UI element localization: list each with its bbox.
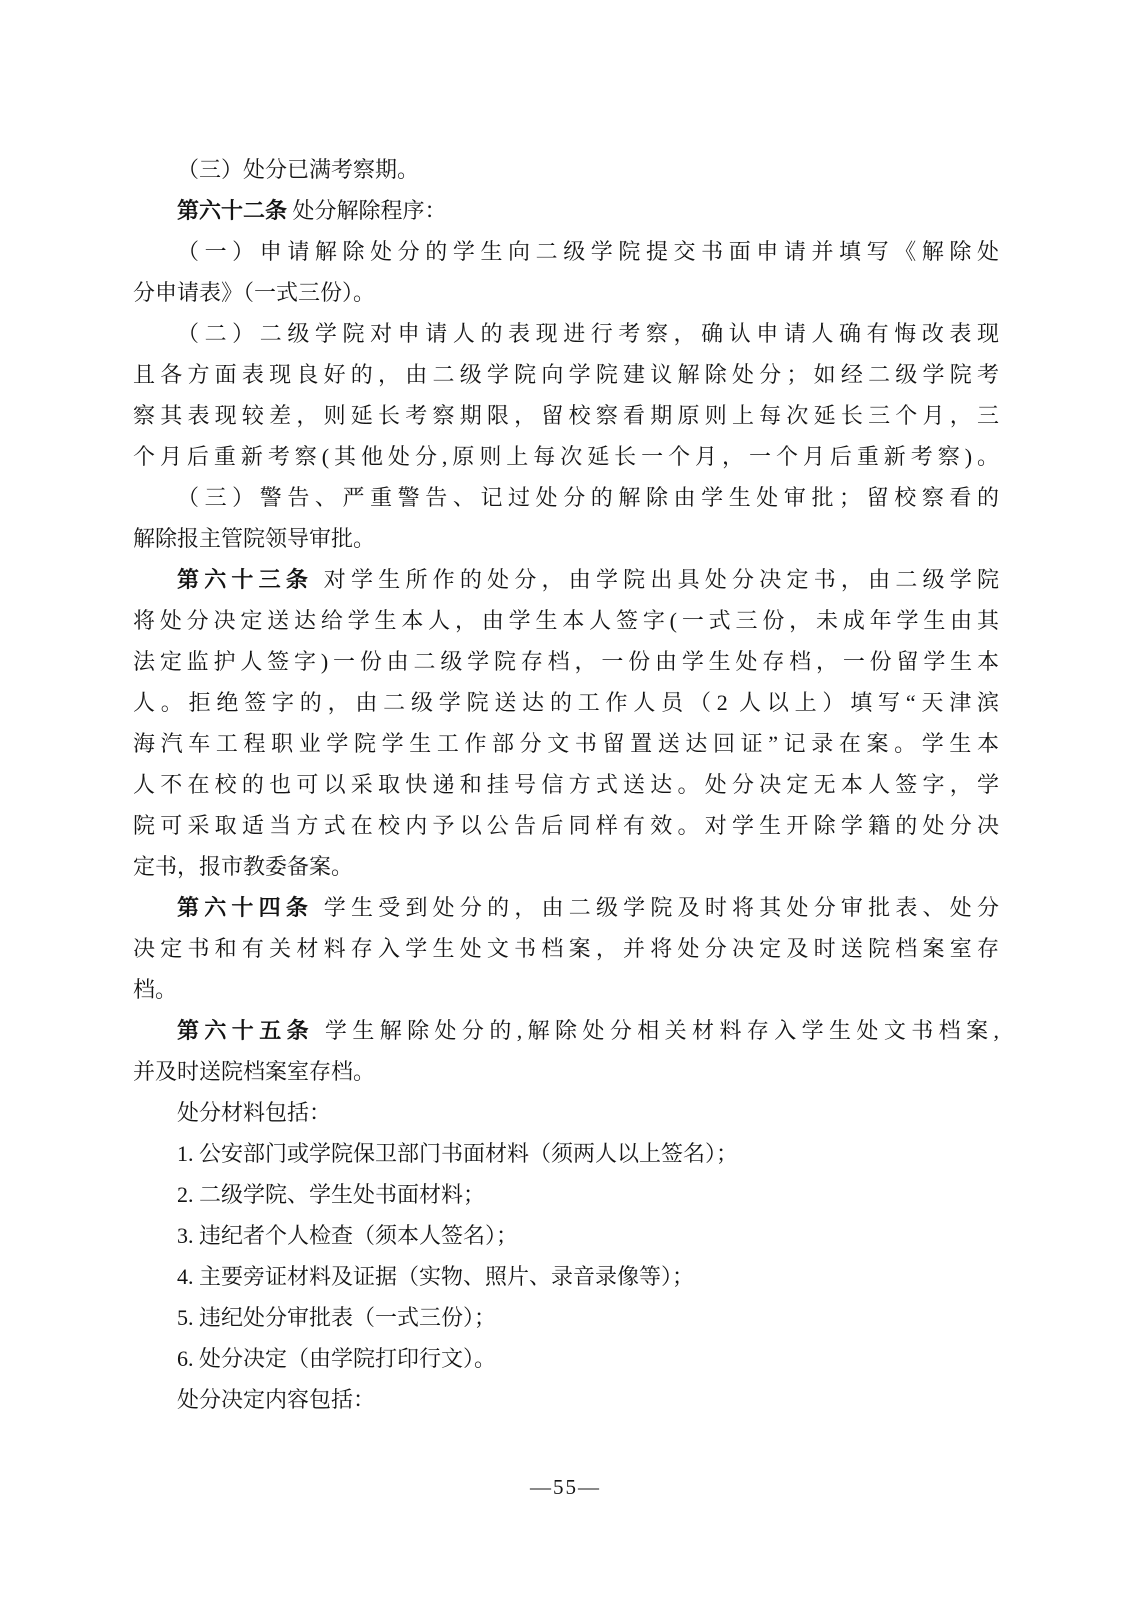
text-line: （三）处分已满考察期。	[133, 149, 999, 190]
text-run: 学生解除处分的,解除处分相关材料存入学生处文书档案,	[314, 1018, 999, 1043]
text-line: 第六十三条 对学生所作的处分，由学院出具处分决定书，由二级学院	[133, 559, 999, 600]
text-run: 6. 处分决定（由学院打印行文）。	[177, 1346, 496, 1371]
text-line: 6. 处分决定（由学院打印行文）。	[133, 1338, 999, 1379]
article-heading: 第六十五条	[177, 1018, 314, 1043]
document-page: （三）处分已满考察期。第六十二条 处分解除程序：（一）申请解除处分的学生向二级学…	[0, 0, 1131, 1600]
text-line: 3. 违纪者个人检查（须本人签名）；	[133, 1215, 999, 1256]
text-run: 档。	[133, 977, 177, 1002]
text-line: 察其表现较差，则延长考察期限，留校察看期原则上每次延长三个月，三	[133, 395, 999, 436]
text-run: （一）申请解除处分的学生向二级学院提交书面申请并填写《解除处	[177, 239, 999, 264]
article-heading: 第六十三条	[177, 567, 313, 592]
text-line: 第六十四条 学生受到处分的，由二级学院及时将其处分审批表、处分	[133, 887, 999, 928]
article-heading: 第六十二条	[177, 198, 287, 223]
text-run: 解除报主管院领导审批。	[133, 526, 375, 551]
text-line: 5. 违纪处分审批表（一式三份）；	[133, 1297, 999, 1338]
text-line: 解除报主管院领导审批。	[133, 518, 999, 559]
text-line: 2. 二级学院、学生处书面材料；	[133, 1174, 999, 1215]
text-run: 海汽车工程职业学院学生工作部分文书留置送达回证”记录在案。学生本	[133, 731, 999, 756]
text-line: 定书，报市教委备案。	[133, 846, 999, 887]
text-block: （三）处分已满考察期。第六十二条 处分解除程序：（一）申请解除处分的学生向二级学…	[133, 149, 999, 1420]
text-line: （一）申请解除处分的学生向二级学院提交书面申请并填写《解除处	[133, 231, 999, 272]
text-line: 处分决定内容包括：	[133, 1379, 999, 1420]
text-run: 对学生所作的处分，由学院出具处分决定书，由二级学院	[313, 567, 999, 592]
text-line: 且各方面表现良好的，由二级学院向学院建议解除处分；如经二级学院考	[133, 354, 999, 395]
text-run: 定书，报市教委备案。	[133, 854, 353, 879]
text-run: 决定书和有关材料存入学生处文书档案，并将处分决定及时送院档案室存	[133, 936, 999, 961]
text-run: 人不在校的也可以采取快递和挂号信方式送达。处分决定无本人签字，学	[133, 772, 999, 797]
text-run: 4. 主要旁证材料及证据（实物、照片、录音录像等）；	[177, 1264, 694, 1289]
text-run: （三）处分已满考察期。	[177, 157, 419, 182]
text-line: 将处分决定送达给学生本人，由学生本人签字(一式三份，未成年学生由其	[133, 600, 999, 641]
text-line: 法定监护人签字)一份由二级学院存档，一份由学生处存档，一份留学生本	[133, 641, 999, 682]
text-line: 人。拒绝签字的，由二级学院送达的工作人员（2 人以上）填写“天津滨	[133, 682, 999, 723]
text-run: 院可采取适当方式在校内予以公告后同样有效。对学生开除学籍的处分决	[133, 813, 999, 838]
text-run: 法定监护人签字)一份由二级学院存档，一份由学生处存档，一份留学生本	[133, 649, 999, 674]
text-line: （三）警告、严重警告、记过处分的解除由学生处审批；留校察看的	[133, 477, 999, 518]
text-line: 个月后重新考察(其他处分,原则上每次延长一个月，一个月后重新考察)。	[133, 436, 999, 477]
text-run: 并及时送院档案室存档。	[133, 1059, 375, 1084]
article-heading: 第六十四条	[177, 895, 313, 920]
text-run: 学生受到处分的，由二级学院及时将其处分审批表、处分	[313, 895, 999, 920]
text-run: 将处分决定送达给学生本人，由学生本人签字(一式三份，未成年学生由其	[133, 608, 999, 633]
text-run: 分申请表》（一式三份）。	[133, 280, 375, 305]
text-run: 1. 公安部门或学院保卫部门书面材料（须两人以上签名）；	[177, 1141, 738, 1166]
text-run: 2. 二级学院、学生处书面材料；	[177, 1182, 485, 1207]
text-line: 院可采取适当方式在校内予以公告后同样有效。对学生开除学籍的处分决	[133, 805, 999, 846]
text-run: 5. 违纪处分审批表（一式三份）；	[177, 1305, 496, 1330]
text-run: 察其表现较差，则延长考察期限，留校察看期原则上每次延长三个月，三	[133, 403, 999, 428]
text-line: 第六十二条 处分解除程序：	[133, 190, 999, 231]
text-line: 4. 主要旁证材料及证据（实物、照片、录音录像等）；	[133, 1256, 999, 1297]
text-run: 人。拒绝签字的，由二级学院送达的工作人员（2 人以上）填写“天津滨	[133, 690, 999, 715]
text-line: 决定书和有关材料存入学生处文书档案，并将处分决定及时送院档案室存	[133, 928, 999, 969]
text-line: （二）二级学院对申请人的表现进行考察，确认申请人确有悔改表现	[133, 313, 999, 354]
text-line: 海汽车工程职业学院学生工作部分文书留置送达回证”记录在案。学生本	[133, 723, 999, 764]
text-run: （三）警告、严重警告、记过处分的解除由学生处审批；留校察看的	[177, 485, 999, 510]
text-line: 1. 公安部门或学院保卫部门书面材料（须两人以上签名）；	[133, 1133, 999, 1174]
text-run: 处分材料包括：	[177, 1100, 331, 1125]
text-run: （二）二级学院对申请人的表现进行考察，确认申请人确有悔改表现	[177, 321, 999, 346]
text-run: 处分解除程序：	[287, 198, 447, 223]
text-run: 个月后重新考察(其他处分,原则上每次延长一个月，一个月后重新考察)。	[133, 444, 999, 469]
text-line: 档。	[133, 969, 999, 1010]
text-run: 且各方面表现良好的，由二级学院向学院建议解除处分；如经二级学院考	[133, 362, 999, 387]
text-line: 并及时送院档案室存档。	[133, 1051, 999, 1092]
text-run: 3. 违纪者个人检查（须本人签名）；	[177, 1223, 518, 1248]
text-line: 第六十五条 学生解除处分的,解除处分相关材料存入学生处文书档案,	[133, 1010, 999, 1051]
text-line: 人不在校的也可以采取快递和挂号信方式送达。处分决定无本人签字，学	[133, 764, 999, 805]
text-line: 处分材料包括：	[133, 1092, 999, 1133]
text-run: 处分决定内容包括：	[177, 1387, 375, 1412]
text-line: 分申请表》（一式三份）。	[133, 272, 999, 313]
page-number: —55—	[0, 1475, 1131, 1500]
